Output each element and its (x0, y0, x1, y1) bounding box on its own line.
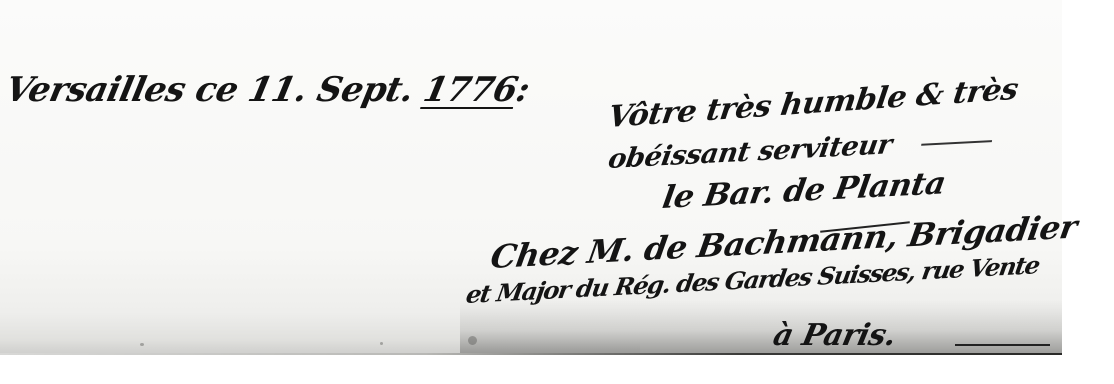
dateline-place-day: Versailles ce 11. Sept (2, 70, 406, 110)
letter-paper: Versailles ce 11. Sept. 1776: Vôtre très… (0, 0, 1062, 355)
closing-line-2-text: obéissant serviteur (606, 129, 894, 175)
dateline: Versailles ce 11. Sept. 1776: (2, 70, 533, 110)
closing-dash (921, 140, 992, 146)
paper-bottom-edge (0, 353, 1062, 355)
paper-stain (140, 343, 144, 346)
address-dash (955, 344, 1050, 346)
paper-shadow-right (460, 300, 1062, 355)
address-line-3: à Paris. (770, 318, 899, 353)
signature: le Bar. de Planta (660, 165, 948, 216)
dateline-year: 1776 (420, 70, 521, 110)
paper-stain (468, 336, 477, 345)
paper-stain (380, 342, 383, 345)
